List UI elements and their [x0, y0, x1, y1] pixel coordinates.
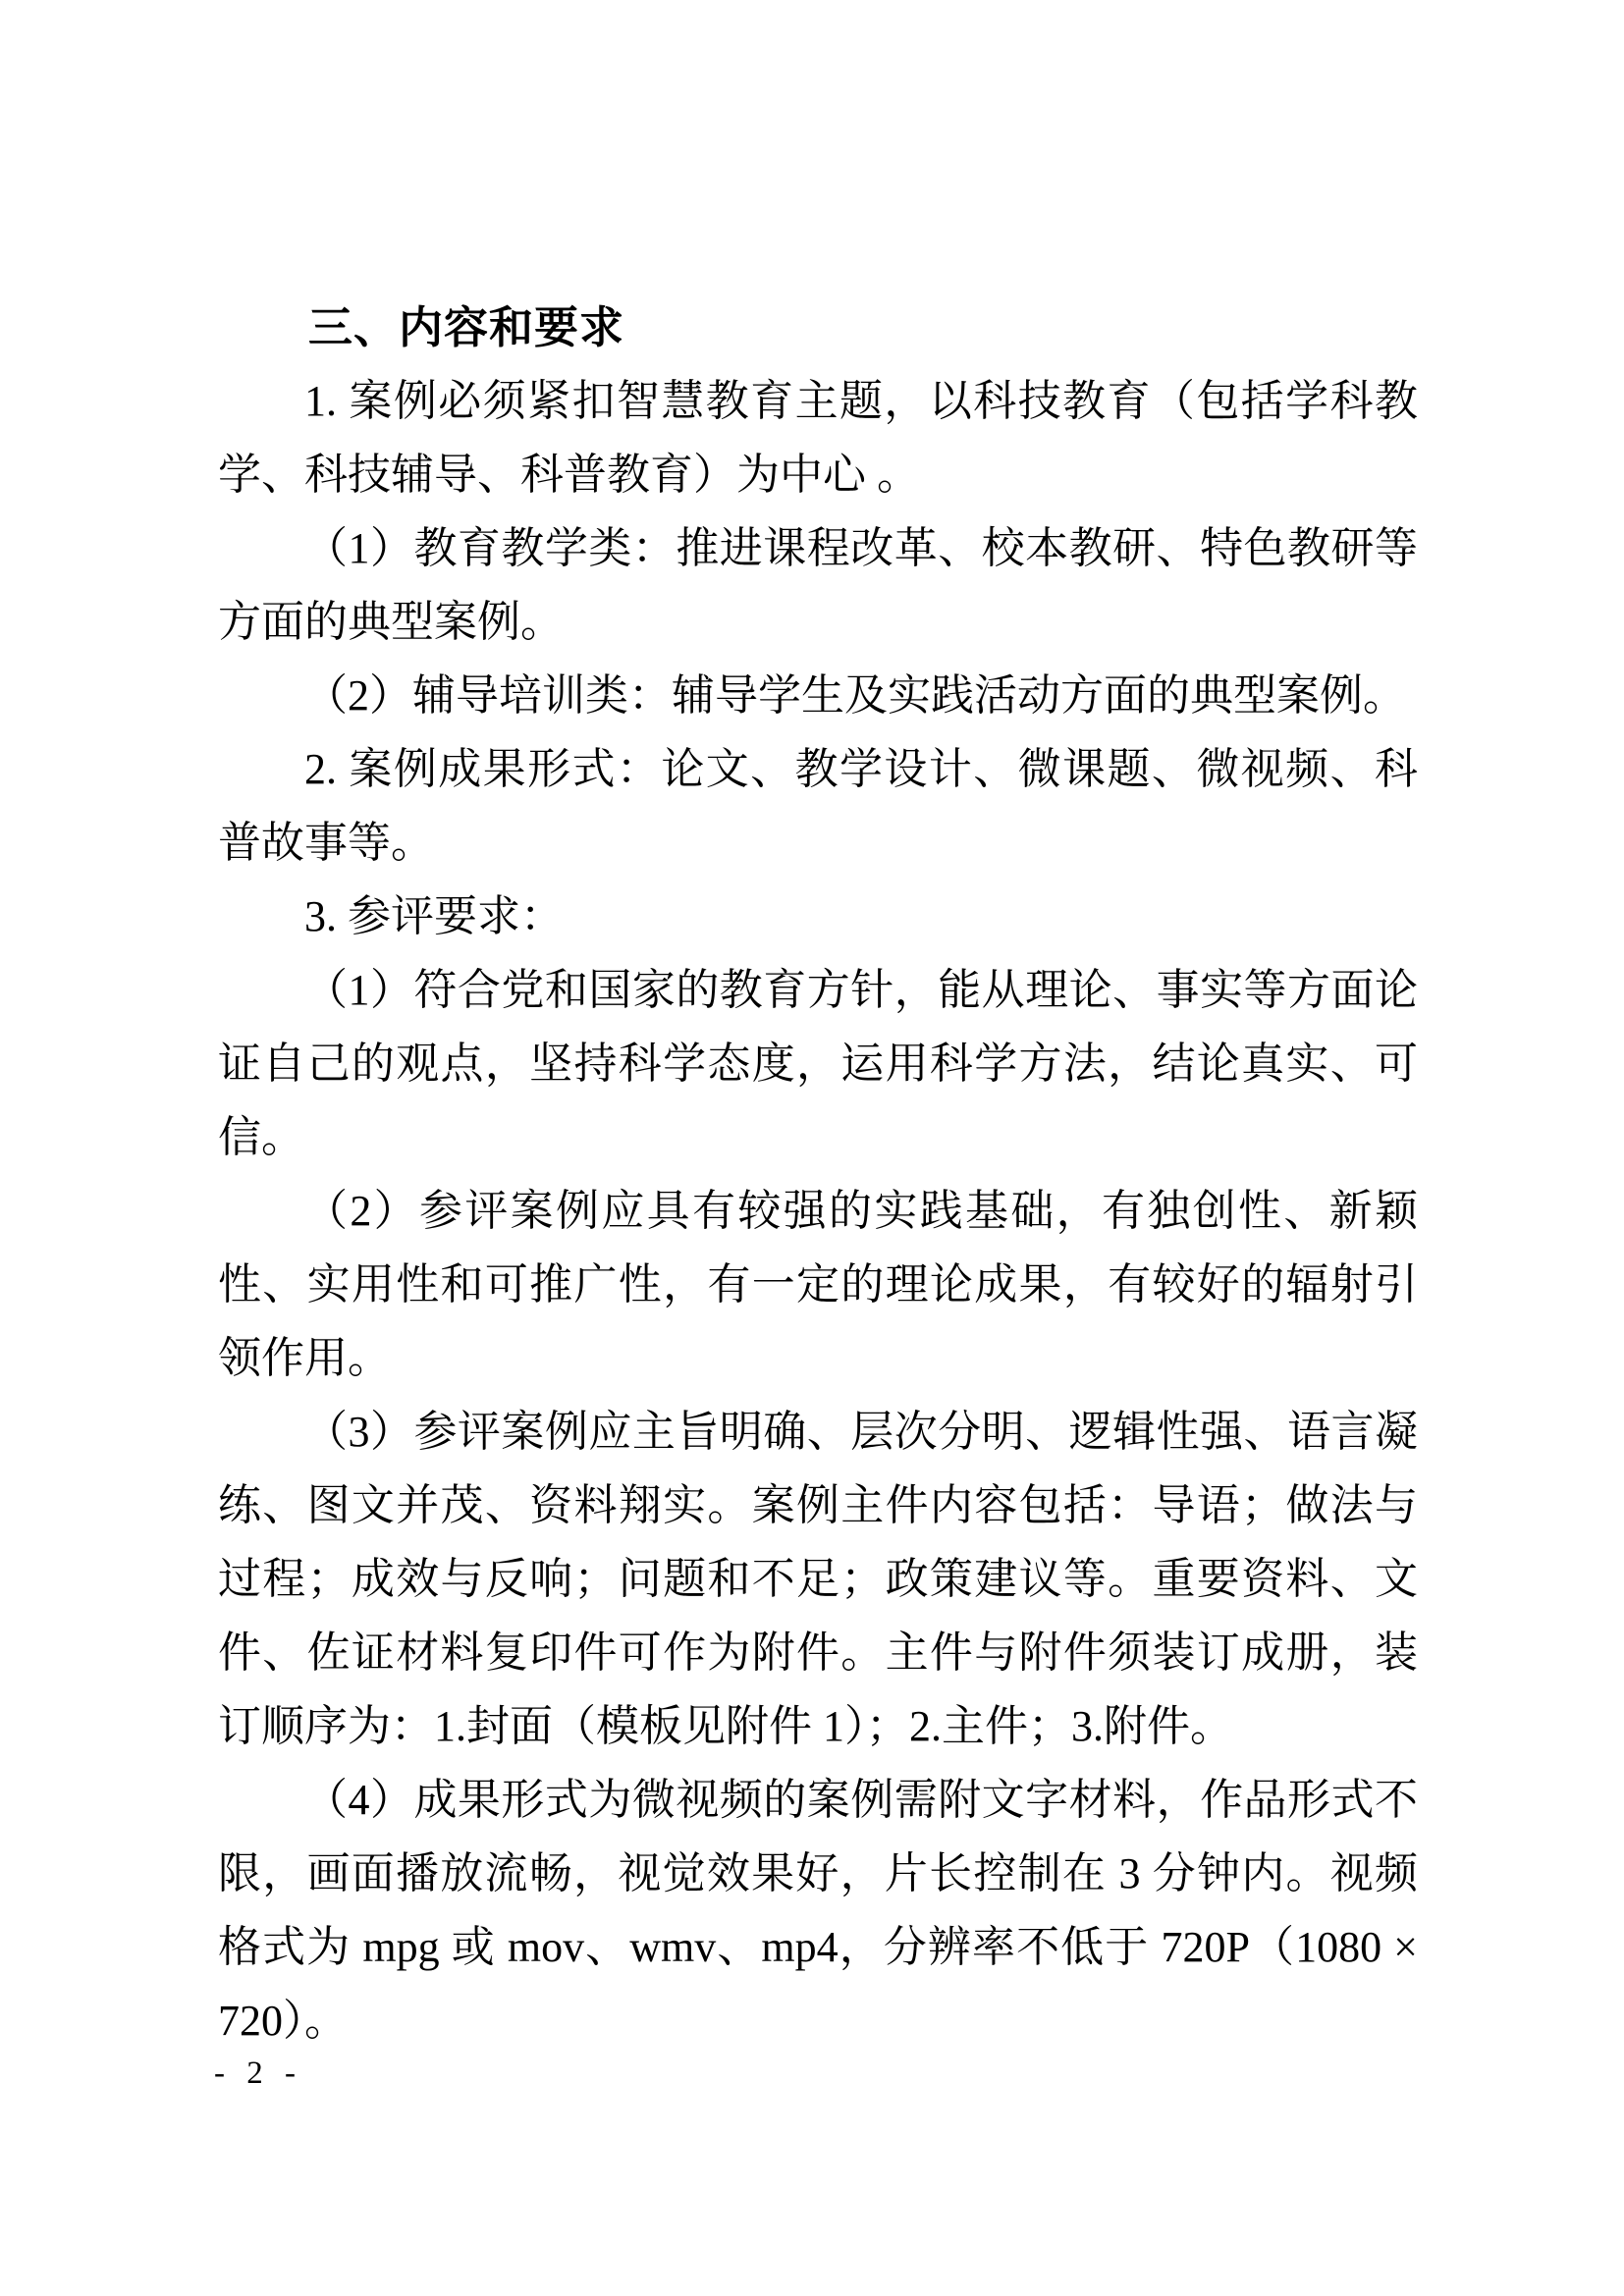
paragraph: （2）辅导培训类：辅导学生及实践活动方面的典型案例。	[218, 659, 1418, 732]
text-line: 信。	[218, 1100, 1418, 1174]
text-line: （3）参评案例应主旨明确、层次分明、逻辑性强、语言凝	[218, 1395, 1418, 1468]
text-line: （2）辅导培训类：辅导学生及实践活动方面的典型案例。	[218, 659, 1418, 732]
paragraph: （1）教育教学类：推进课程改革、校本教研、特色教研等方面的典型案例。	[218, 511, 1418, 659]
text-line: （1）符合党和国家的教育方针，能从理论、事实等方面论	[218, 953, 1418, 1027]
text-line: 1. 案例必须紧扣智慧教育主题，以科技教育（包括学科教	[218, 364, 1418, 438]
text-line: 证自己的观点，坚持科学态度，运用科学方法，结论真实、可	[218, 1027, 1418, 1100]
text-line: 练、图文并茂、资料翔实。案例主件内容包括：导语；做法与	[218, 1468, 1418, 1542]
text-line: 2. 案例成果形式：论文、教学设计、微课题、微视频、科	[218, 732, 1418, 806]
text-line: 3. 参评要求：	[218, 880, 1418, 953]
document-page: 三、内容和要求 1. 案例必须紧扣智慧教育主题，以科技教育（包括学科教学、科技辅…	[0, 0, 1624, 2296]
text-line: 方面的典型案例。	[218, 585, 1418, 659]
paragraph: （4）成果形式为微视频的案例需附文字材料，作品形式不限，画面播放流畅，视觉效果好…	[218, 1763, 1418, 2057]
text-line: 学、科技辅导、科普教育）为中心 。	[218, 438, 1418, 511]
paragraph: 1. 案例必须紧扣智慧教育主题，以科技教育（包括学科教学、科技辅导、科普教育）为…	[218, 364, 1418, 511]
text-line: （4）成果形式为微视频的案例需附文字材料，作品形式不	[218, 1763, 1418, 1837]
text-line: 限，画面播放流畅，视觉效果好，片长控制在 3 分钟内。视频	[218, 1837, 1418, 1910]
paragraph: 2. 案例成果形式：论文、教学设计、微课题、微视频、科普故事等。	[218, 732, 1418, 880]
text-line: 普故事等。	[218, 806, 1418, 880]
paragraph: （1）符合党和国家的教育方针，能从理论、事实等方面论证自己的观点，坚持科学态度，…	[218, 953, 1418, 1174]
text-line: （2）参评案例应具有较强的实践基础，有独创性、新颖	[218, 1174, 1418, 1248]
page-number: - 2 -	[214, 2054, 302, 2093]
section-heading: 三、内容和要求	[218, 291, 1418, 364]
paragraph: 3. 参评要求：	[218, 880, 1418, 953]
text-line: （1）教育教学类：推进课程改革、校本教研、特色教研等	[218, 511, 1418, 585]
document-body: 三、内容和要求 1. 案例必须紧扣智慧教育主题，以科技教育（包括学科教学、科技辅…	[218, 291, 1418, 2057]
text-line: 720）。	[218, 1984, 1418, 2057]
paragraph: （2）参评案例应具有较强的实践基础，有独创性、新颖性、实用性和可推广性，有一定的…	[218, 1174, 1418, 1395]
paragraph: （3）参评案例应主旨明确、层次分明、逻辑性强、语言凝练、图文并茂、资料翔实。案例…	[218, 1395, 1418, 1763]
text-line: 格式为 mpg 或 mov、wmv、mp4，分辨率不低于 720P（1080 ×	[218, 1910, 1418, 1984]
text-line: 过程；成效与反响；问题和不足；政策建议等。重要资料、文	[218, 1542, 1418, 1616]
paragraphs-container: 1. 案例必须紧扣智慧教育主题，以科技教育（包括学科教学、科技辅导、科普教育）为…	[218, 364, 1418, 2057]
text-line: 领作用。	[218, 1321, 1418, 1395]
text-line: 订顺序为：1.封面（模板见附件 1）；2.主件；3.附件。	[218, 1689, 1418, 1763]
text-line: 件、佐证材料复印件可作为附件。主件与附件须装订成册，装	[218, 1616, 1418, 1689]
text-line: 性、实用性和可推广性，有一定的理论成果，有较好的辐射引	[218, 1248, 1418, 1321]
